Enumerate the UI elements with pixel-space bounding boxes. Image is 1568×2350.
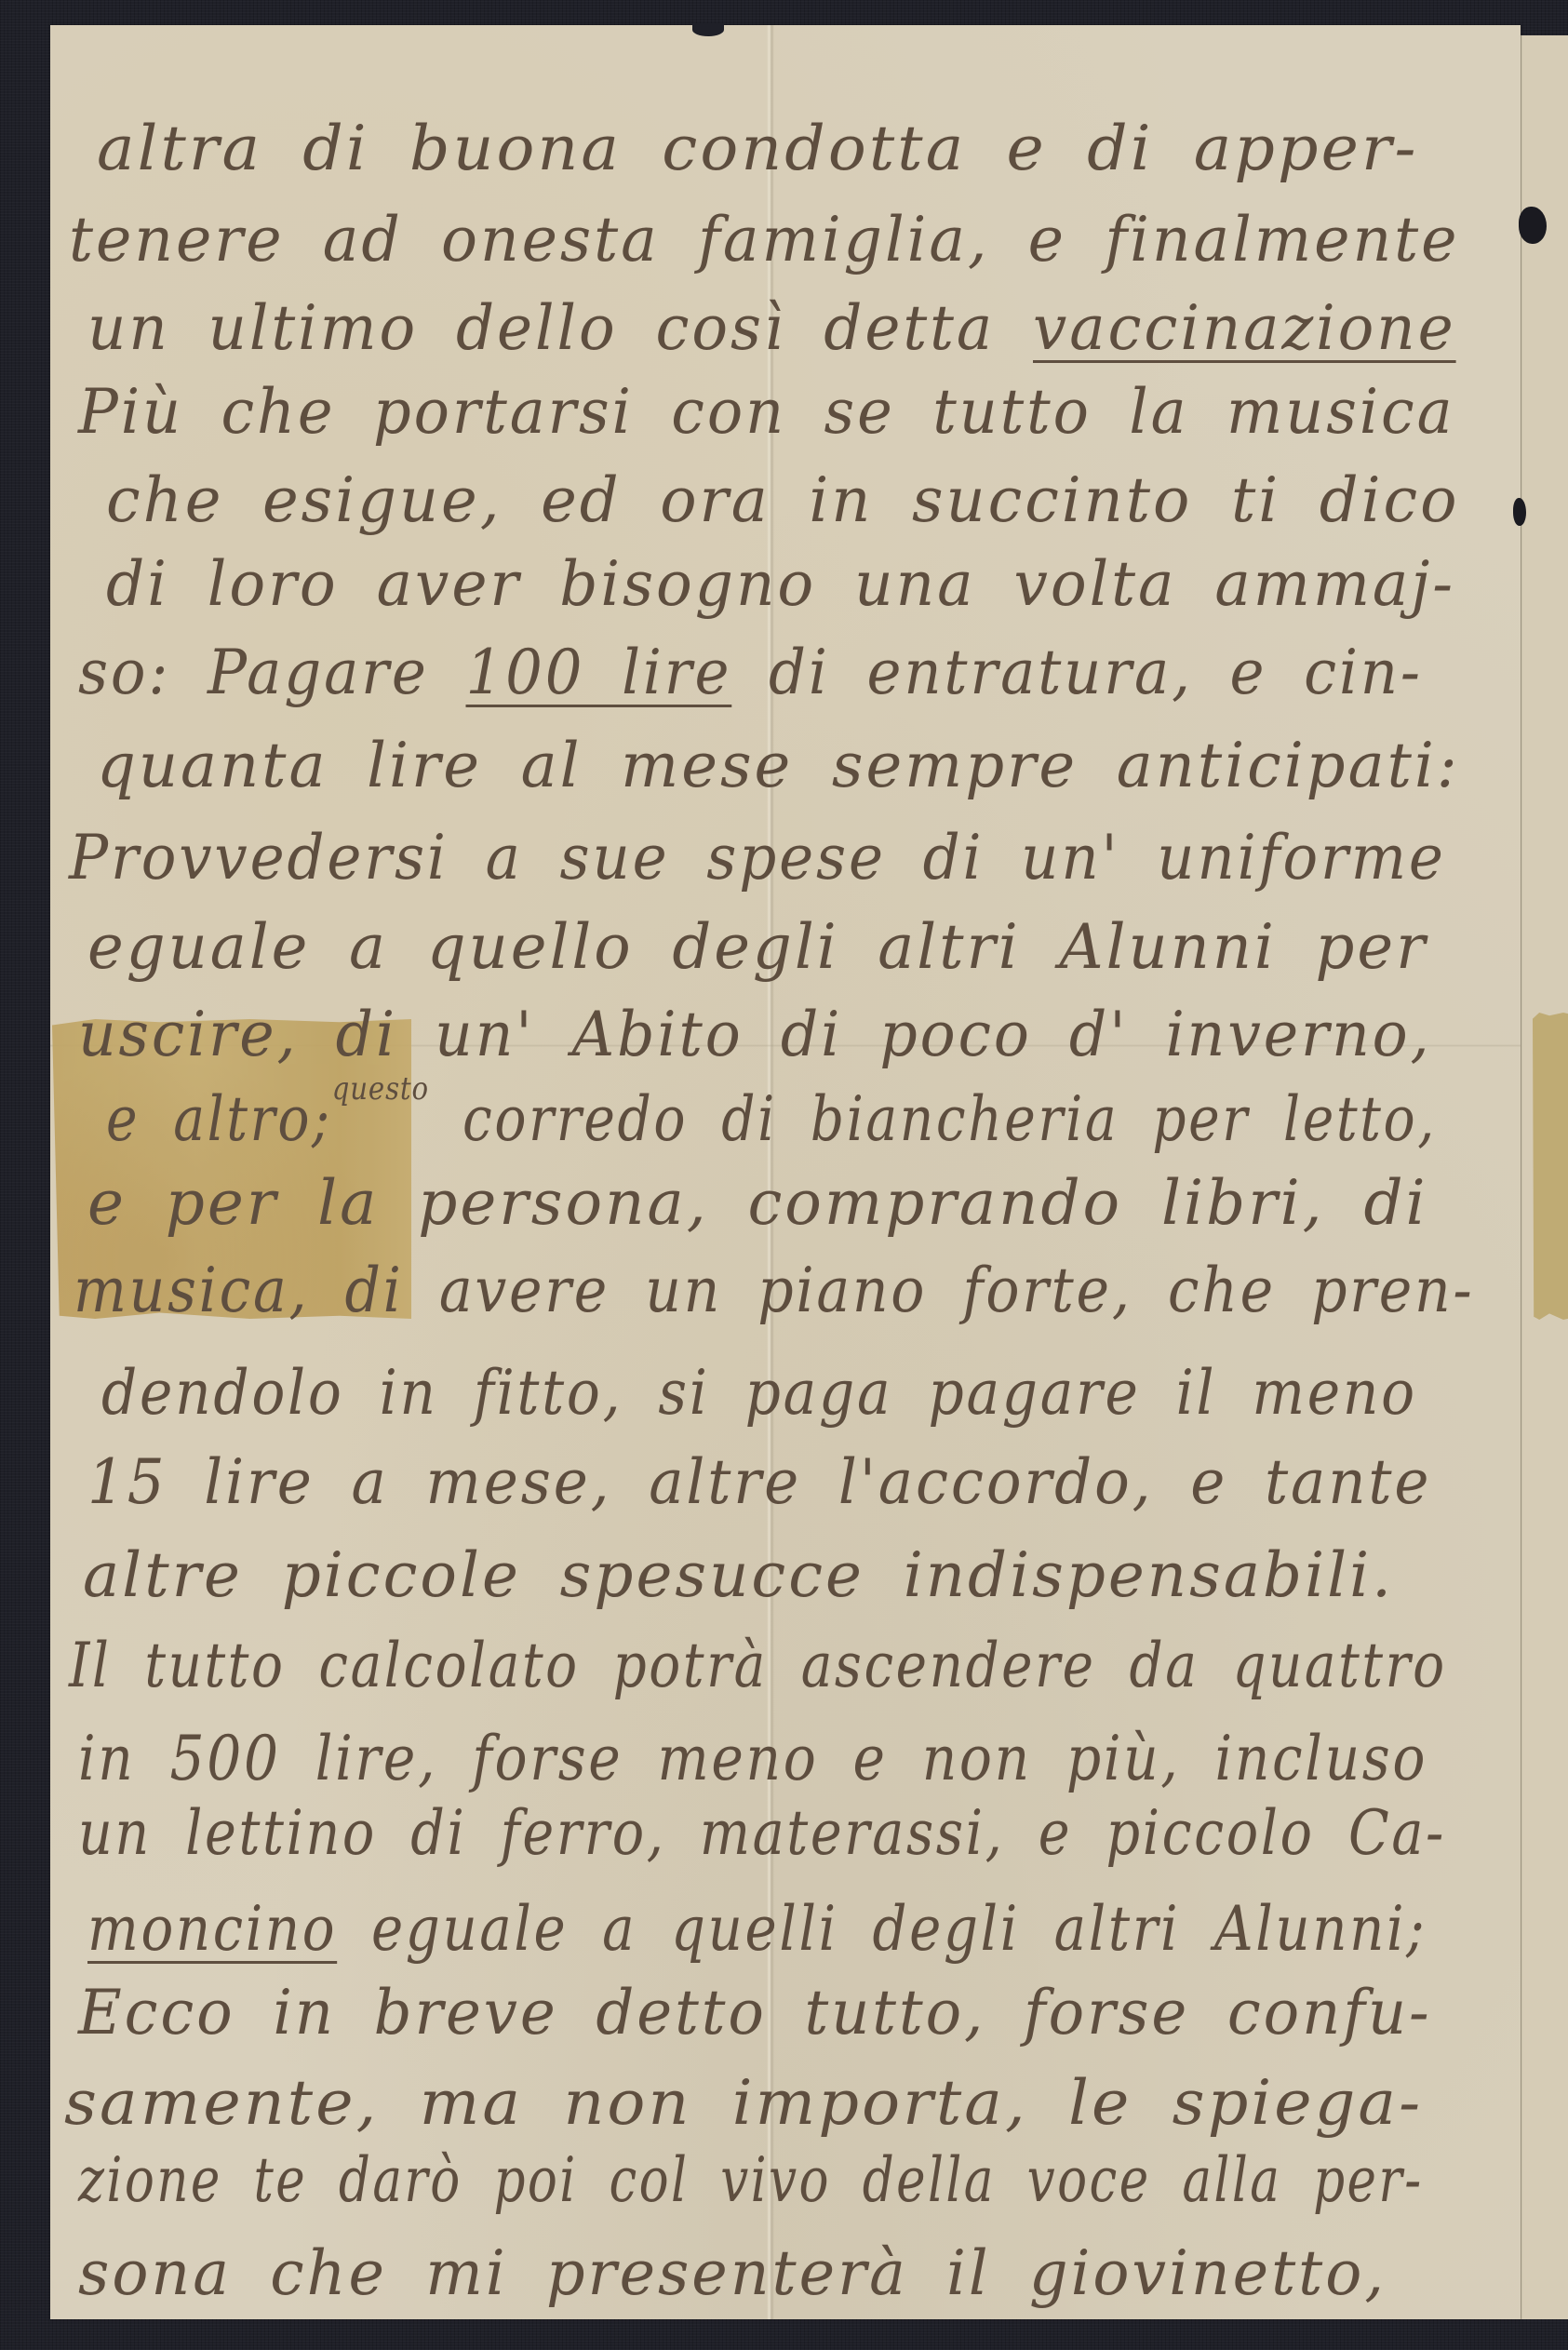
line-text: e per la persona, comprando libri, di	[87, 1167, 1428, 1239]
line-text: musica, di avere un piano forte, che pre…	[74, 1255, 1474, 1326]
line-text: di loro aver bisogno una volta ammaj-	[106, 548, 1455, 620]
line-text: Ecco in breve detto tutto, forse confu-	[78, 1977, 1432, 2048]
handwritten-line: dendolo in fitto, si paga pagare il meno	[101, 1363, 1417, 1424]
handwritten-line: Più che portarsi con se tutto la musica	[78, 382, 1454, 443]
line-text: in 500 lire, forse meno e non più, inclu…	[78, 1723, 1427, 1794]
underlined-text: vaccinazione	[1033, 292, 1456, 364]
handwritten-line: sona che mi presenterà il giovinetto,	[78, 2243, 1387, 2304]
line-text: altre piccole spesucce indispensabili.	[83, 1539, 1394, 1611]
line-text: so: Pagare	[78, 637, 429, 708]
handwritten-line: samente, ma non importa, le spiega-	[64, 2073, 1423, 2134]
handwritten-line: un lettino di ferro, materassi, e piccol…	[78, 1803, 1446, 1864]
line-text: zione te darò poi col vivo della voce al…	[78, 2144, 1424, 2216]
line-text-continued: eguale a quelli degli altri Alunni;	[371, 1893, 1427, 1965]
line-text: altra di buona condotta e di apper-	[97, 113, 1419, 184]
handwritten-line: altre piccole spesucce indispensabili.	[83, 1545, 1394, 1606]
handwritten-line: Ecco in breve detto tutto, forse confu-	[78, 1982, 1432, 2044]
line-text: 15 lire a mese, altre l'accordo, e tante	[87, 1446, 1431, 1518]
handwritten-line: di loro aver bisogno una volta ammaj-	[106, 554, 1455, 615]
line-text: che esigue, ed ora in succinto ti dico	[106, 464, 1459, 536]
line-text: un lettino di ferro, materassi, e piccol…	[78, 1797, 1446, 1869]
handwritten-line: eguale a quello degli altri Alunni per	[87, 917, 1427, 978]
top-edge-tear	[692, 23, 724, 36]
line-text-continued: di entratura, e cin-	[769, 637, 1423, 708]
handwritten-line: quanta lire al mese sempre anticipati:	[97, 735, 1460, 797]
line-text: e altro;	[106, 1083, 332, 1155]
handwritten-line: in 500 lire, forse meno e non più, inclu…	[78, 1728, 1427, 1790]
handwritten-line: uscire, di un' Abito di poco d' inverno,	[78, 1004, 1432, 1066]
line-text: quanta lire al mese sempre anticipati:	[97, 730, 1460, 801]
handwritten-line: altra di buona condotta e di apper-	[97, 118, 1419, 180]
handwritten-line: e altro;questo corredo di biancheria per…	[106, 1089, 1437, 1150]
letter-page: altra di buona condotta e di apper-tener…	[50, 25, 1521, 2319]
handwritten-line: so: Pagare 100 lire di entratura, e cin-	[78, 642, 1423, 704]
line-text: Il tutto calcolato potrà ascendere da qu…	[69, 1630, 1447, 1701]
handwritten-line: zione te darò poi col vivo della voce al…	[78, 2150, 1424, 2211]
handwritten-line: e per la persona, comprando libri, di	[87, 1173, 1428, 1234]
adjacent-page-tape-patch	[1533, 1013, 1568, 1320]
line-text: un ultimo dello così detta	[87, 292, 995, 364]
handwritten-line: tenere ad onesta famiglia, e finalmente	[69, 209, 1459, 271]
handwritten-line: Il tutto calcolato potrà ascendere da qu…	[69, 1635, 1447, 1697]
handwritten-line: moncino eguale a quelli degli altri Alun…	[87, 1899, 1427, 1960]
edge-hole-mark	[1519, 207, 1547, 244]
line-text: tenere ad onesta famiglia, e finalmente	[69, 204, 1459, 275]
line-text: samente, ma non importa, le spiega-	[64, 2067, 1423, 2139]
handwritten-line: che esigue, ed ora in succinto ti dico	[106, 470, 1459, 531]
line-text: Provvedersi a sue spese di un' uniforme	[69, 822, 1446, 893]
interlinear-insertion: questo	[332, 1070, 429, 1108]
handwritten-line: un ultimo dello così detta vaccinazione	[87, 298, 1456, 359]
line-text: Più che portarsi con se tutto la musica	[78, 376, 1454, 448]
handwritten-line: 15 lire a mese, altre l'accordo, e tante	[87, 1452, 1431, 1513]
line-text-continued: corredo di biancheria per letto,	[462, 1083, 1437, 1155]
handwritten-line: musica, di avere un piano forte, che pre…	[74, 1260, 1474, 1322]
line-text: sona che mi presenterà il giovinetto,	[78, 2237, 1387, 2309]
adjacent-page-edge	[1521, 35, 1568, 2319]
scanned-manuscript: altra di buona condotta e di apper-tener…	[0, 0, 1568, 2350]
underlined-text: 100 lire	[466, 637, 732, 708]
edge-ink-mark	[1513, 498, 1526, 526]
line-text: eguale a quello degli altri Alunni per	[87, 911, 1427, 983]
line-text: dendolo in fitto, si paga pagare il meno	[101, 1357, 1417, 1429]
line-text: uscire, di un' Abito di poco d' inverno,	[78, 999, 1432, 1070]
handwritten-line: Provvedersi a sue spese di un' uniforme	[69, 827, 1446, 889]
underlined-text: moncino	[87, 1893, 337, 1965]
